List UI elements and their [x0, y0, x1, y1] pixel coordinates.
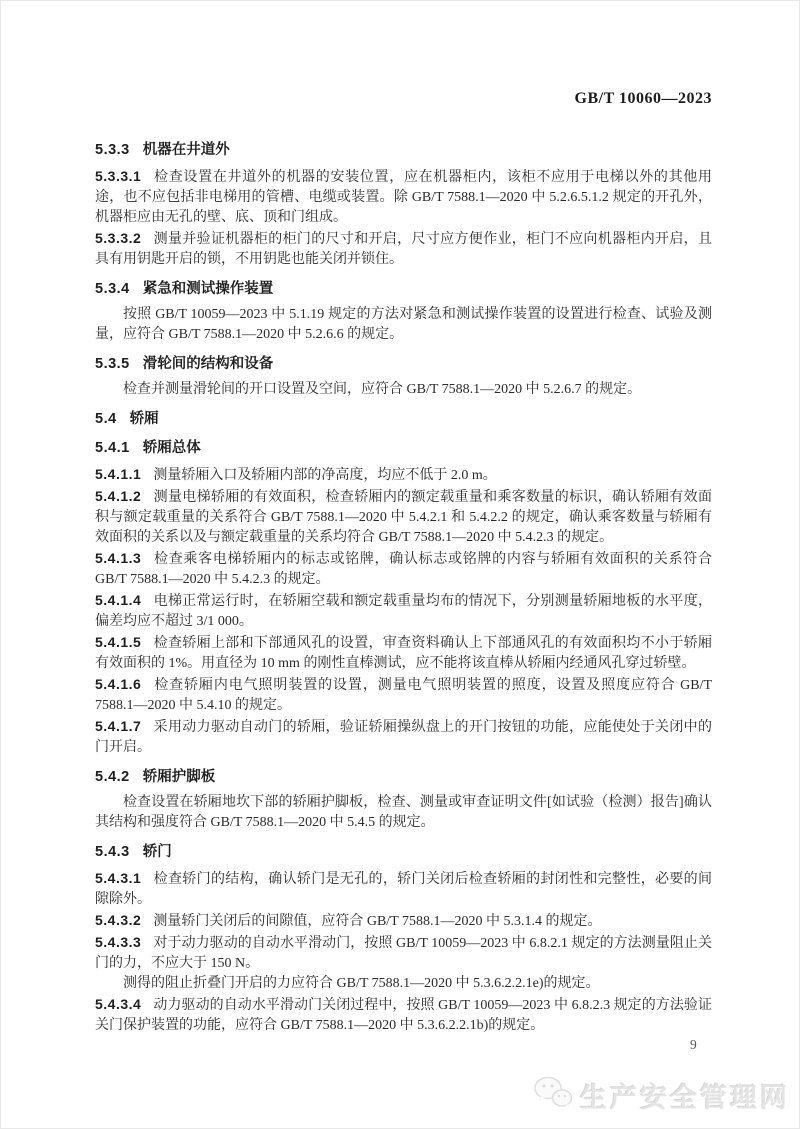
section-title: 轿厢总体 — [143, 440, 201, 456]
paragraph-text: 测得的阻止折叠门开启的力应符合 GB/T 7588.1—2020 中 5.3.6… — [123, 976, 600, 991]
section-heading-5-3-3: 5.3.3机器在井道外 — [95, 140, 712, 160]
clause-text: 检查乘客电梯轿厢内的标志或铭牌，确认标志或铭牌的内容与轿厢有效面积的关系符合 G… — [95, 552, 712, 587]
body-paragraph: 检查并测量滑轮间的开口设置及空间，应符合 GB/T 7588.1—2020 中 … — [95, 380, 712, 400]
section-number: 5.4.1 — [95, 440, 130, 456]
section-number: 5.4.3 — [95, 844, 130, 860]
clause-text: 采用动力驱动自动门的轿厢，验证轿厢操纵盘上的开门按钮的功能，应能使处于关闭中的门… — [95, 720, 712, 755]
section-heading-5-4-2: 5.4.2轿厢护脚板 — [95, 767, 712, 787]
clause-paragraph: 5.4.1.5检查轿厢上部和下部通风孔的设置，审查资料确认上下部通风孔的有效面积… — [95, 632, 712, 674]
section-heading-5-3-5: 5.3.5滑轮间的结构和设备 — [95, 354, 712, 374]
clause-paragraph: 5.4.3.1检查轿门的结构，确认轿门是无孔的，轿门关闭后检查轿厢的封闭性和完整… — [95, 868, 712, 910]
section-heading-5-4-1: 5.4.1轿厢总体 — [95, 438, 712, 458]
clause-paragraph: 5.4.1.7采用动力驱动自动门的轿厢，验证轿厢操纵盘上的开门按钮的功能，应能使… — [95, 716, 712, 758]
clause-text: 电梯正常运行时，在轿厢空载和额定载重量均布的情况下，分别测量轿厢地板的水平度，偏… — [95, 594, 712, 629]
section-title: 轿厢 — [130, 411, 159, 427]
clause-number: 5.4.1.2 — [95, 488, 141, 504]
section-number: 5.4.2 — [95, 769, 130, 785]
clause-number: 5.4.1.4 — [95, 592, 141, 608]
clause-number: 5.4.3.1 — [95, 870, 141, 886]
section-number: 5.4 — [95, 411, 117, 427]
clause-number: 5.4.3.4 — [95, 996, 141, 1012]
clause-text: 对于动力驱动的自动水平滑动门，按照 GB/T 10059—2023 中 6.8.… — [95, 936, 712, 971]
document-page: { "page": { "header_right": "GB/T 10060—… — [0, 0, 800, 1129]
standard-number-header: GB/T 10060—2023 — [95, 90, 712, 108]
clause-text: 检查轿厢上部和下部通风孔的设置，审查资料确认上下部通风孔的有效面积均不小于轿厢有… — [95, 636, 712, 671]
watermark: 生产安全管理网 — [532, 1074, 790, 1117]
clause-text: 检查轿门的结构，确认轿门是无孔的，轿门关闭后检查轿厢的封闭性和完整性，必要的间隙… — [95, 872, 712, 907]
clause-paragraph: 5.4.1.1测量轿厢入口及轿厢内部的净高度，均应不低于 2.0 m。 — [95, 464, 712, 486]
body-paragraph: 检查设置在轿厢地坎下部的轿厢护脚板，检查、测量或审查证明文件[如试验（检测）报告… — [95, 793, 712, 833]
section-number: 5.3.5 — [95, 356, 130, 372]
clause-number: 5.4.3.2 — [95, 912, 141, 928]
clause-text: 检查轿厢内电气照明装置的设置，测量电气照明装置的照度，设置及照度应符合 GB/T… — [95, 678, 712, 713]
clause-paragraph: 5.4.3.2测量轿门关闭后的间隙值，应符合 GB/T 7588.1—2020 … — [95, 910, 712, 932]
clause-number: 5.4.1.5 — [95, 634, 141, 650]
section-heading-5-4: 5.4轿厢 — [95, 409, 712, 429]
clause-paragraph: 5.4.3.4动力驱动的自动水平滑动门关闭过程中，按照 GB/T 10059—2… — [95, 994, 712, 1036]
page-number: 9 — [690, 1037, 697, 1053]
wechat-icon — [532, 1074, 580, 1117]
page-content: GB/T 10060—2023 5.3.3机器在井道外 5.3.3.1检查设置在… — [0, 0, 800, 1036]
section-title: 滑轮间的结构和设备 — [143, 356, 274, 372]
clause-number: 5.4.1.7 — [95, 718, 141, 734]
clause-number: 5.3.3.1 — [95, 168, 141, 184]
clause-text: 检查设置在井道外的机器的安装位置，应在机器柜内，该柜不应用于电梯以外的其他用途，… — [95, 170, 712, 225]
clause-number: 5.4.1.1 — [95, 466, 141, 482]
clause-text: 测量并验证机器柜的柜门的尺寸和开启，尺寸应方便作业，柜门不应向机器柜内开启，且具… — [95, 232, 712, 267]
clause-paragraph: 5.4.1.4电梯正常运行时，在轿厢空载和额定载重量均布的情况下，分别测量轿厢地… — [95, 590, 712, 632]
clause-paragraph: 5.4.3.3对于动力驱动的自动水平滑动门，按照 GB/T 10059—2023… — [95, 932, 712, 974]
clause-number: 5.4.1.6 — [95, 676, 141, 692]
clause-text: 动力驱动的自动水平滑动门关闭过程中，按照 GB/T 10059—2023 中 6… — [95, 998, 712, 1033]
paragraph-text: 按照 GB/T 10059—2023 中 5.1.19 规定的方法对紧急和测试操… — [95, 307, 712, 342]
section-title: 紧急和测试操作装置 — [143, 281, 274, 297]
section-title: 轿厢护脚板 — [143, 769, 216, 785]
clause-number: 5.3.3.2 — [95, 230, 141, 246]
paragraph-text: 检查设置在轿厢地坎下部的轿厢护脚板，检查、测量或审查证明文件[如试验（检测）报告… — [95, 795, 712, 830]
watermark-text: 生产安全管理网 — [580, 1076, 790, 1115]
clause-paragraph: 5.3.3.1检查设置在井道外的机器的安装位置，应在机器柜内，该柜不应用于电梯以… — [95, 166, 712, 228]
clause-number: 5.4.3.3 — [95, 934, 141, 950]
section-heading-5-3-4: 5.3.4紧急和测试操作装置 — [95, 279, 712, 299]
clause-paragraph: 5.3.3.2测量并验证机器柜的柜门的尺寸和开启，尺寸应方便作业，柜门不应向机器… — [95, 228, 712, 270]
paragraph-text: 检查并测量滑轮间的开口设置及空间，应符合 GB/T 7588.1—2020 中 … — [123, 382, 641, 397]
clause-paragraph: 5.4.1.2测量电梯轿厢的有效面积，检查轿厢内的额定载重量和乘客数量的标识，确… — [95, 486, 712, 548]
clause-paragraph: 5.4.1.6检查轿厢内电气照明装置的设置，测量电气照明装置的照度，设置及照度应… — [95, 674, 712, 716]
section-title: 机器在井道外 — [143, 142, 230, 158]
body-paragraph: 按照 GB/T 10059—2023 中 5.1.19 规定的方法对紧急和测试操… — [95, 305, 712, 345]
clause-number: 5.4.1.3 — [95, 550, 141, 566]
clause-text: 测量轿门关闭后的间隙值，应符合 GB/T 7588.1—2020 中 5.3.1… — [153, 914, 601, 929]
section-number: 5.3.3 — [95, 142, 130, 158]
clause-text: 测量电梯轿厢的有效面积，检查轿厢内的额定载重量和乘客数量的标识，确认轿厢有效面积… — [95, 490, 712, 545]
section-number: 5.3.4 — [95, 281, 130, 297]
section-heading-5-4-3: 5.4.3轿门 — [95, 842, 712, 862]
body-paragraph: 测得的阻止折叠门开启的力应符合 GB/T 7588.1—2020 中 5.3.6… — [95, 974, 712, 994]
clause-paragraph: 5.4.1.3检查乘客电梯轿厢内的标志或铭牌，确认标志或铭牌的内容与轿厢有效面积… — [95, 548, 712, 590]
clause-text: 测量轿厢入口及轿厢内部的净高度，均应不低于 2.0 m。 — [153, 468, 496, 483]
section-title: 轿门 — [143, 844, 172, 860]
